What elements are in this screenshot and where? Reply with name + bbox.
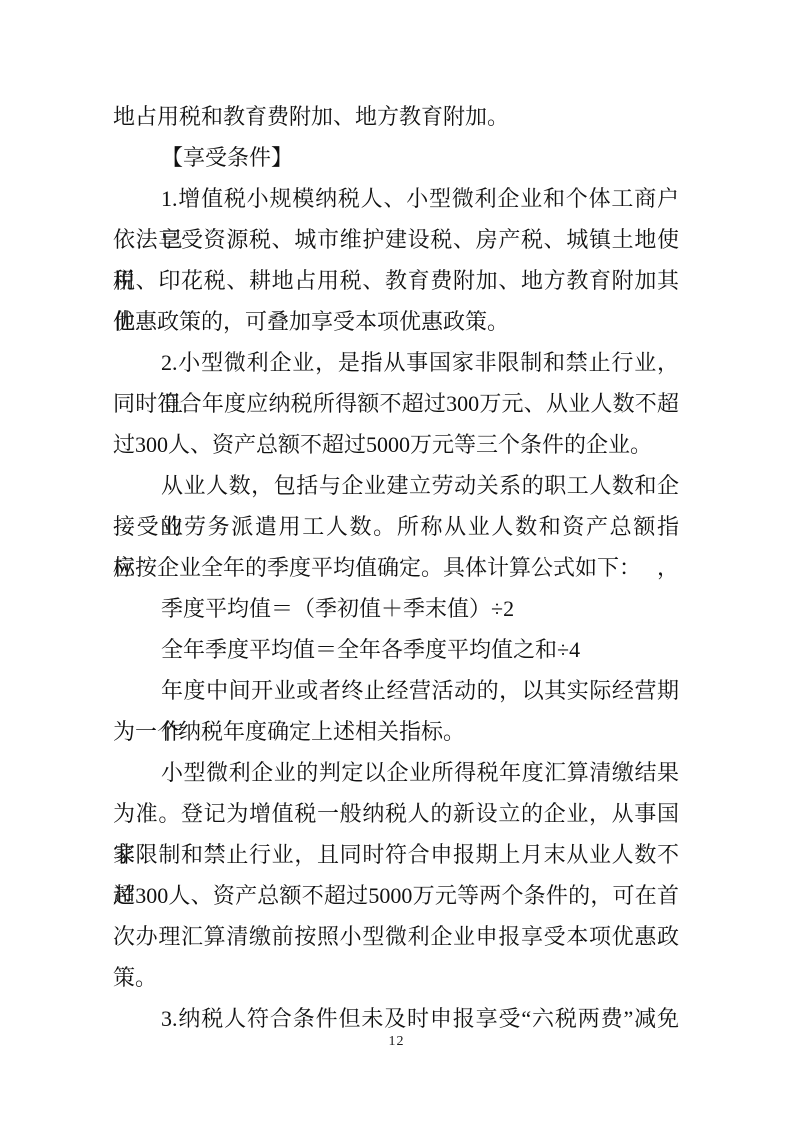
paragraph: 全年季度平均值＝全年各季度平均值之和÷4 [113,629,679,670]
text-line: 1.增值税小规模纳税人、小型微利企业和个体工商户已 [113,178,679,219]
page-footer: 12 [0,1032,793,1050]
paragraph: 从业人数，包括与企业建立劳动关系的职工人数和企业接受的劳务派遣用工人数。所称从业… [113,465,679,588]
page-number: 12 [389,1034,405,1049]
text-line: 季度平均值＝（季初值＋季末值）÷2 [113,588,679,629]
text-line: 同时符合年度应纳税所得额不超过300万元、从业人数不超 [113,383,679,424]
document-body: 地占用税和教育费附加、地方教育附加。【享受条件】1.增值税小规模纳税人、小型微利… [113,96,679,1039]
text-line: 依法享受资源税、城市维护建设税、房产税、城镇土地使用 [113,219,679,260]
paragraph: 2.小型微利企业，是指从事国家非限制和禁止行业，且同时符合年度应纳税所得额不超过… [113,342,679,465]
text-line: 2.小型微利企业，是指从事国家非限制和禁止行业，且 [113,342,679,383]
text-line: 次办理汇算清缴前按照小型微利企业申报享受本项优惠政 [113,916,679,957]
text-line: 从业人数，包括与企业建立劳动关系的职工人数和企业 [113,465,679,506]
text-line: 为一个纳税年度确定上述相关指标。 [113,711,679,752]
text-line: 接受的劳务派遣用工人数。所称从业人数和资产总额指标， [113,506,679,547]
paragraph: 1.增值税小规模纳税人、小型微利企业和个体工商户已依法享受资源税、城市维护建设税… [113,178,679,342]
paragraph: 小型微利企业的判定以企业所得税年度汇算清缴结果为准。登记为增值税一般纳税人的新设… [113,752,679,998]
text-line: 非限制和禁止行业，且同时符合申报期上月末从业人数不超 [113,834,679,875]
text-line: 【享受条件】 [113,137,679,178]
text-line: 优惠政策的，可叠加享受本项优惠政策。 [113,301,679,342]
text-line: 年度中间开业或者终止经营活动的，以其实际经营期作 [113,670,679,711]
text-line: 为准。登记为增值税一般纳税人的新设立的企业，从事国家 [113,793,679,834]
text-line: 全年季度平均值＝全年各季度平均值之和÷4 [113,629,679,670]
text-line: 过300人、资产总额不超过5000万元等三个条件的企业。 [113,424,679,465]
paragraph: 季度平均值＝（季初值＋季末值）÷2 [113,588,679,629]
text-line: 应按企业全年的季度平均值确定。具体计算公式如下： [113,547,679,588]
paragraph: 地占用税和教育费附加、地方教育附加。 [113,96,679,137]
paragraph: 【享受条件】 [113,137,679,178]
text-line: 税、印花税、耕地占用税、教育费附加、地方教育附加其他 [113,260,679,301]
text-line: 小型微利企业的判定以企业所得税年度汇算清缴结果 [113,752,679,793]
text-line: 地占用税和教育费附加、地方教育附加。 [113,96,679,137]
paragraph: 年度中间开业或者终止经营活动的，以其实际经营期作为一个纳税年度确定上述相关指标。 [113,670,679,752]
document-page: 地占用税和教育费附加、地方教育附加。【享受条件】1.增值税小规模纳税人、小型微利… [0,0,793,1122]
text-line: 策。 [113,957,679,998]
text-line: 过300人、资产总额不超过5000万元等两个条件的，可在首 [113,875,679,916]
